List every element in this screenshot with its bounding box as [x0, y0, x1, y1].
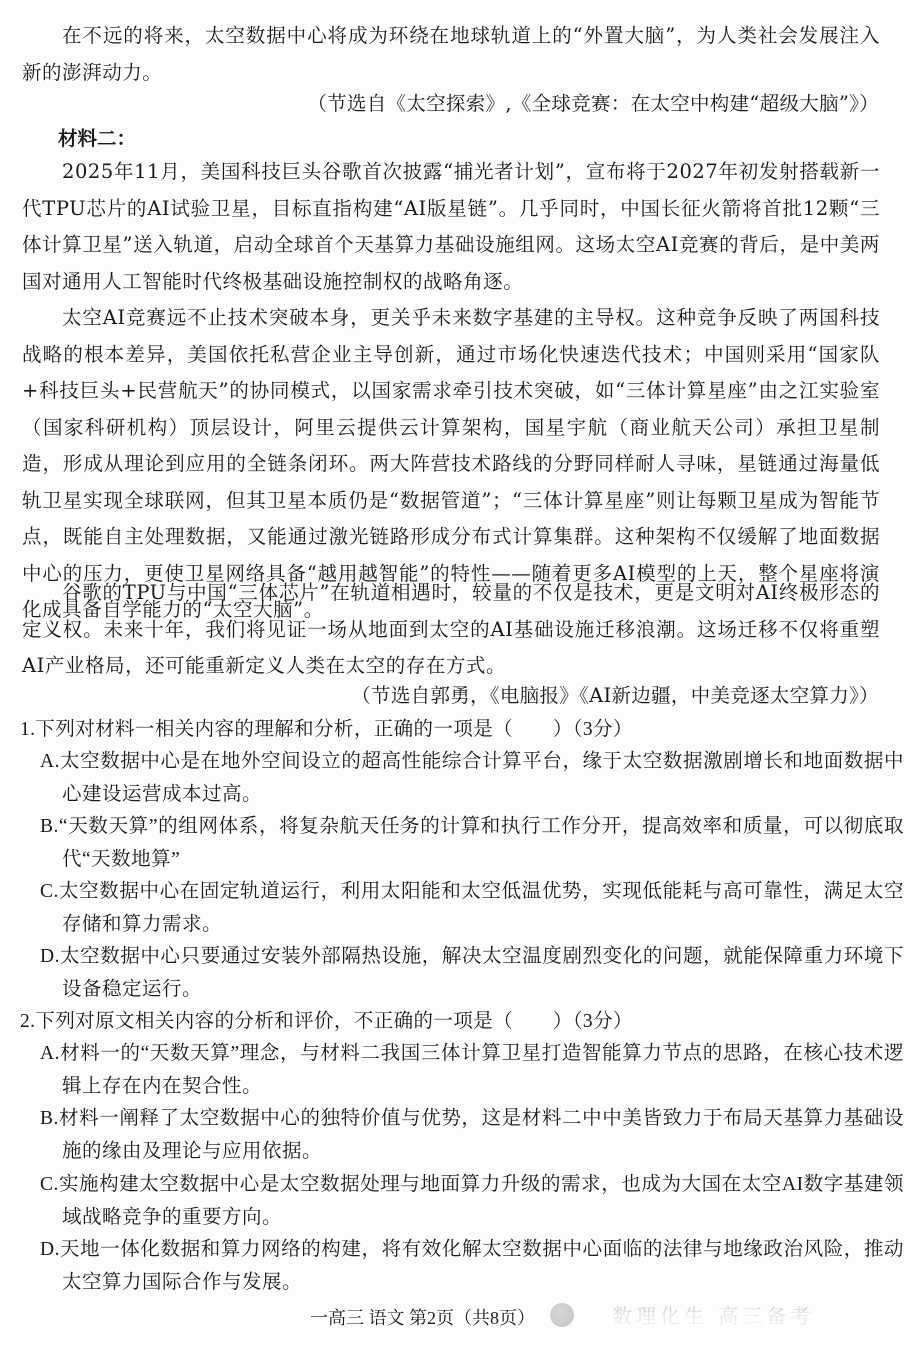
- question-2-option-d: D.天地一体化数据和算力网络的构建，将有效化解太空数据中心面临的法律与地缘政治风…: [40, 1233, 904, 1299]
- material1-source-citation: （节选自《太空探索》,《全球竞赛：在太空中构建“超级大脑”》）: [307, 92, 879, 116]
- question-2-option-b: B.材料一阐释了太空数据中心的独特价值与优势，这是材料二中中美皆致力于布局天基算…: [40, 1102, 904, 1168]
- question-1-option-d: D.太空数据中心只要通过安装外部隔热设施，解决太空温度剧烈变化的问题，就能保障重…: [40, 940, 904, 1006]
- question-1-option-a: A.太空数据中心是在地外空间设立的超高性能综合计算平台，缘于太空数据激剧增长和地…: [40, 745, 904, 811]
- question-1-option-b: B.“天数天算”的组网体系，将复杂航天任务的计算和执行工作分开，提高效率和质量，…: [40, 810, 904, 876]
- question-2-option-c: C.实施构建太空数据中心是太空数据处理与地面算力升级的需求，也成为大国在太空AI…: [40, 1168, 904, 1234]
- question-1-stem: 1.下列对材料一相关内容的理解和分析，正确的一项是（ ）（3分）: [20, 718, 633, 742]
- question-2-stem: 2.下列对原文相关内容的分析和评价，不正确的一项是（ ）（3分）: [20, 1010, 633, 1034]
- material2-heading: 材料二：: [58, 127, 136, 151]
- material2-source-citation: （节选自郭勇，《电脑报》《AI新边疆，中美竞逐太空算力》）: [351, 684, 879, 708]
- material1-closing-paragraph: 在不远的将来，太空数据中心将成为环绕在地球轨道上的“外置大脑”，为人类社会发展注…: [22, 18, 880, 91]
- page-footer: 一高三 语文 第2页（共8页）: [310, 1307, 535, 1329]
- watermark-logo-icon: [550, 1303, 574, 1327]
- material2-paragraph-3: 谷歌的TPU与中国“三体芯片”在轨道相遇时，较量的不仅是技术，更是文明对AI终极…: [22, 575, 880, 685]
- question-2-option-a: A.材料一的“天数天算”理念，与材料二我国三体计算卫星打造智能算力节点的思路，在…: [40, 1037, 904, 1103]
- material2-paragraph-1: 2025年11月，美国科技巨头谷歌首次披露“捕光者计划”，宣布将于2027年初发…: [22, 154, 880, 300]
- question-1-option-c: C.太空数据中心在固定轨道运行，利用太阳能和太空低温优势，实现低能耗与高可靠性，…: [40, 875, 904, 941]
- watermark-fade-overlay: [600, 1312, 917, 1349]
- exam-page: 在不远的将来，太空数据中心将成为环绕在地球轨道上的“外置大脑”，为人类社会发展注…: [0, 0, 917, 1349]
